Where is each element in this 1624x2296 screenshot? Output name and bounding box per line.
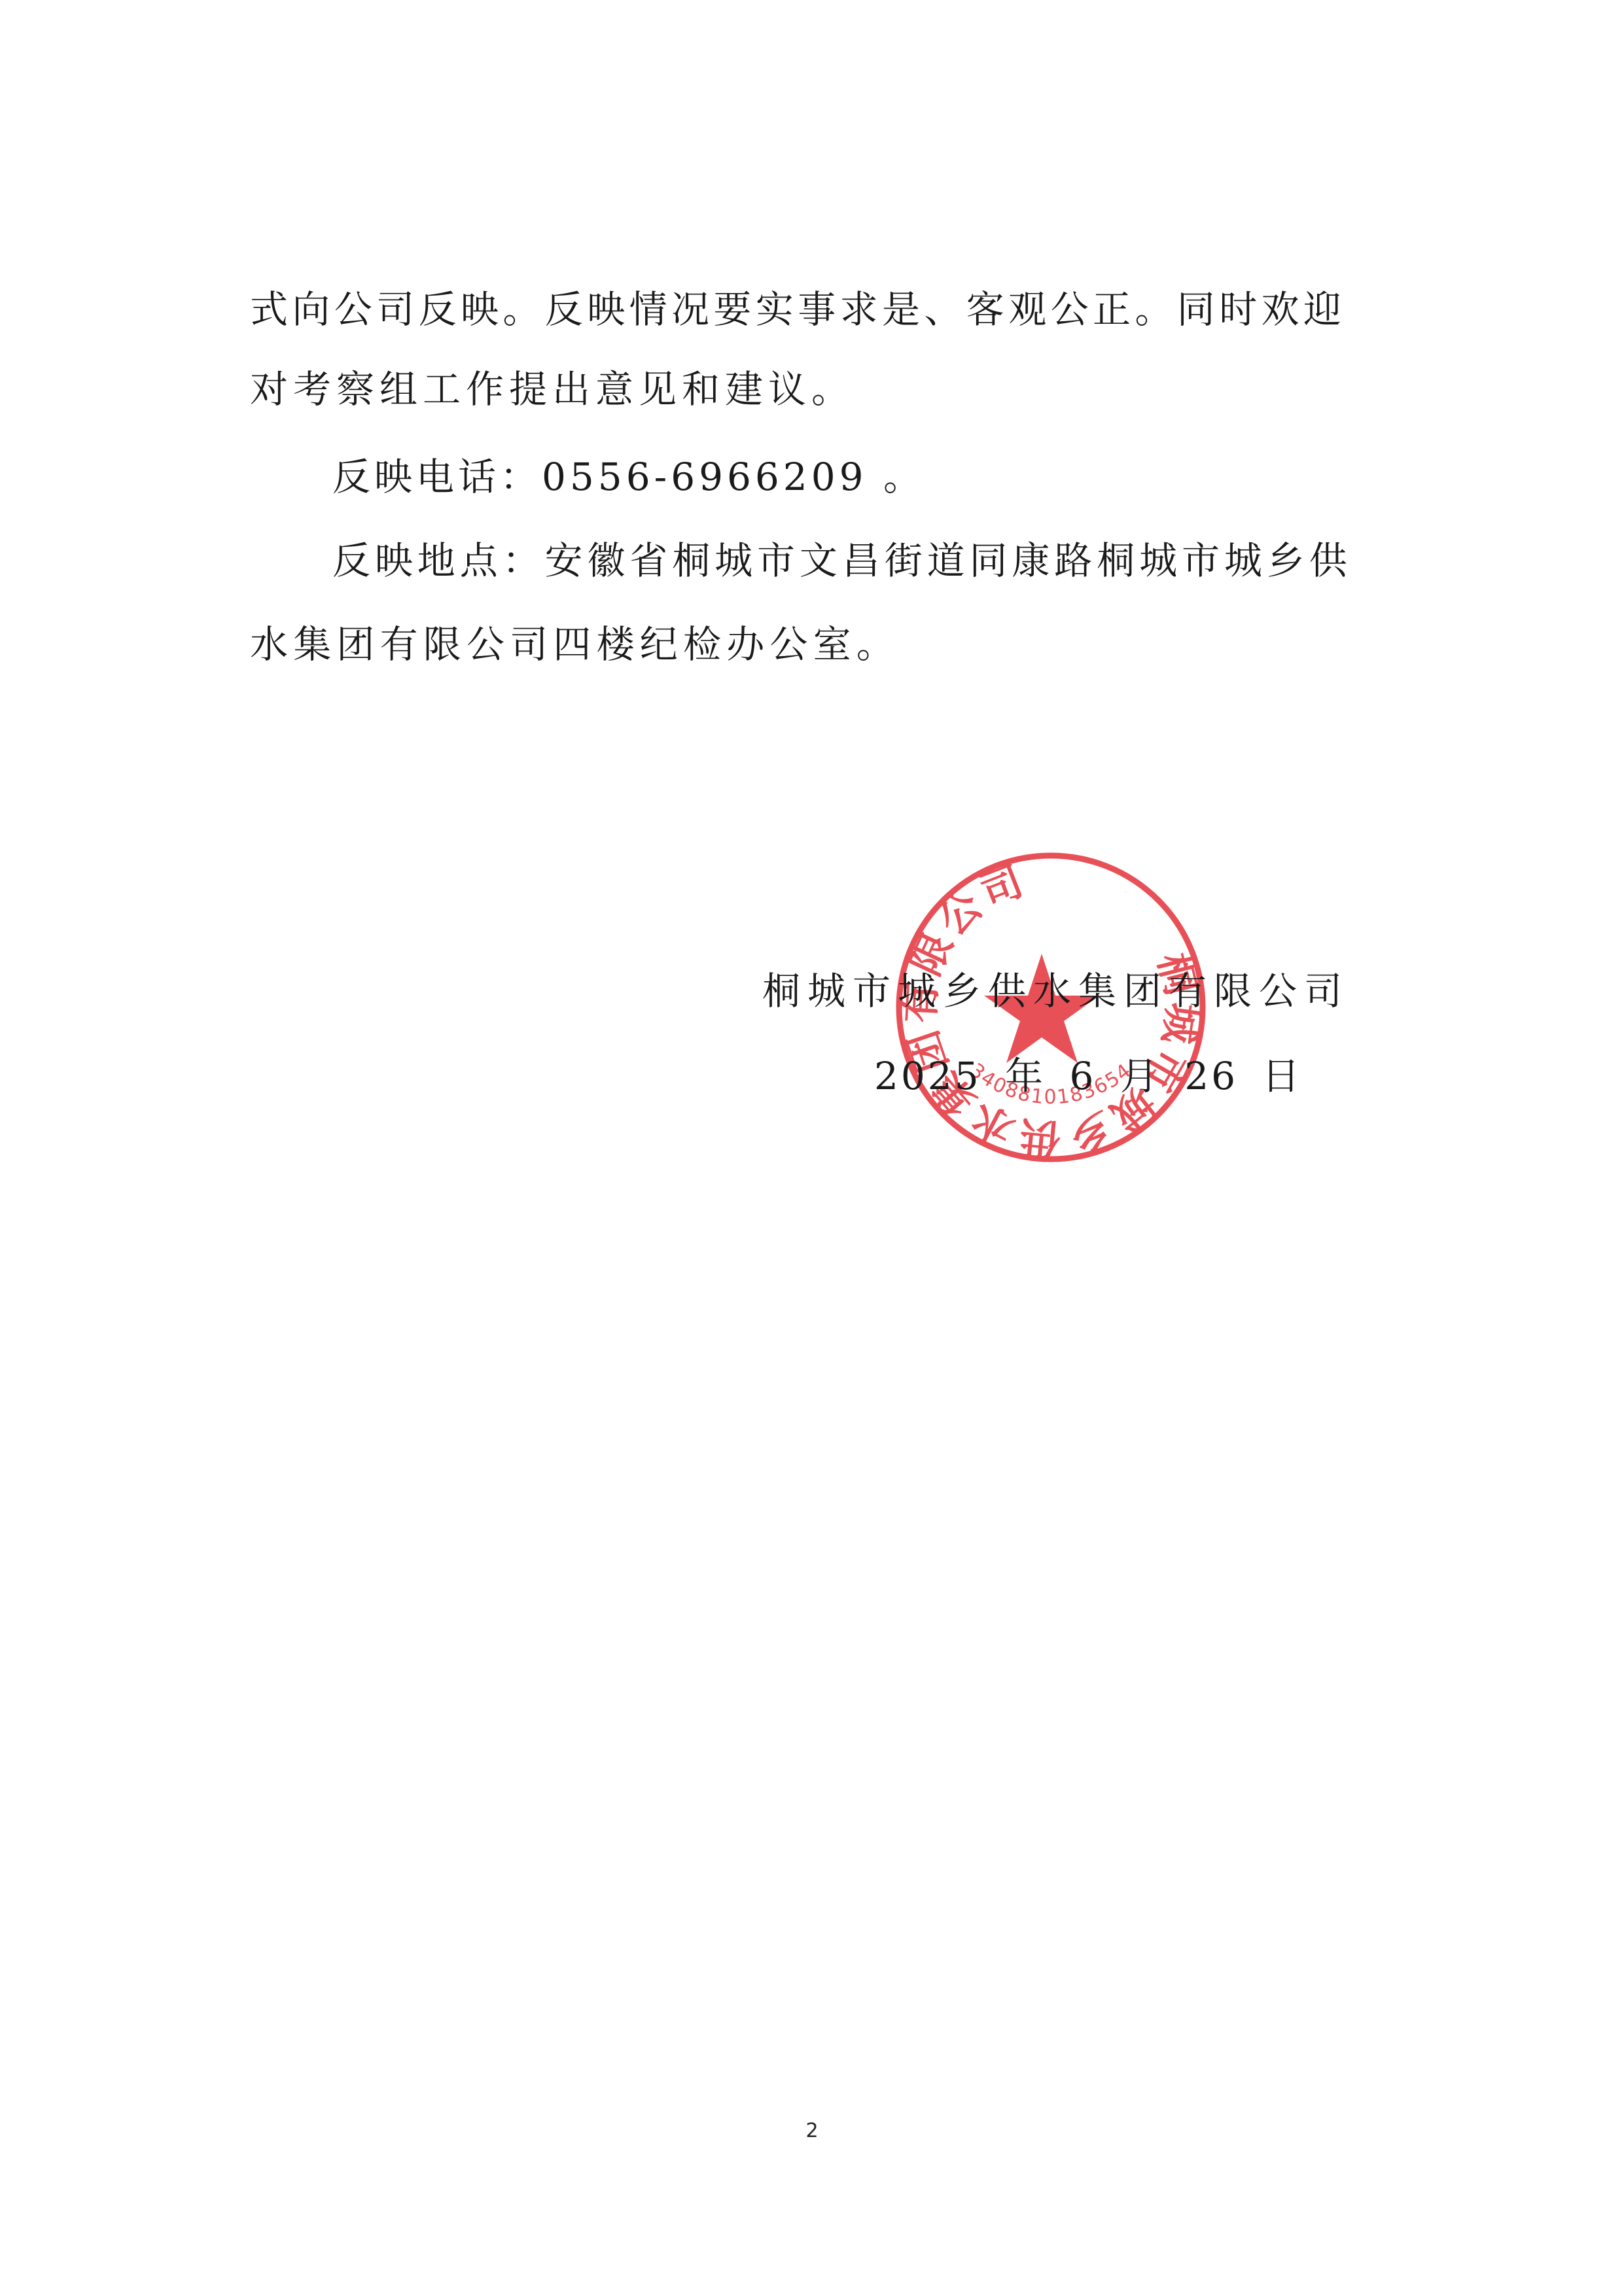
page-number: 2 xyxy=(0,2119,1624,2142)
signature-date: 2025 年 6 月 26 日 xyxy=(874,1053,1303,1099)
signature-company: 桐城市城乡供水集团有限公司 xyxy=(762,968,1349,1014)
body-paragraph-line: 对考察组工作提出意见和建议。 xyxy=(250,366,855,412)
document-page: 式向公司反映。反映情况要实事求是、客观公正。同时欢迎 对考察组工作提出意见和建议… xyxy=(0,0,1624,2296)
contact-address-line: 反映地点：安徽省桐城市文昌街道同康路桐城市城乡供 xyxy=(332,538,1352,583)
contact-address-line-continued: 水集团有限公司四楼纪检办公室。 xyxy=(250,621,900,667)
contact-phone-line: 反映电话：0556-6966209 。 xyxy=(332,454,925,500)
body-paragraph-line: 式向公司反映。反映情况要实事求是、客观公正。同时欢迎 xyxy=(250,287,1345,332)
